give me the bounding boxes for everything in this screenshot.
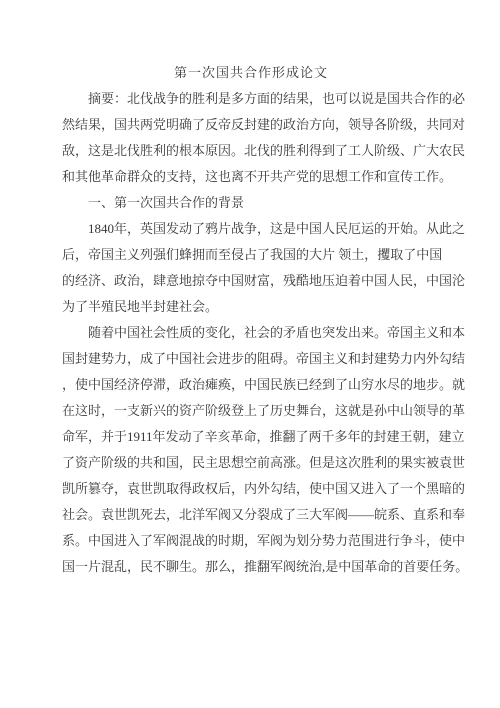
abstract-line-4: 和其他革命群众的支持，这也离不开共产党的思想工作和宣传工作。	[62, 164, 440, 190]
abstract-line-3: 敌，这是北伐胜利的根本原因。北伐的胜利得到了工人阶级、广大农民	[62, 138, 440, 164]
section-1-heading: 一、第一次国共合作的背景	[62, 190, 440, 216]
background-p2-line-10: 国一片混乱，民不聊生。那么，推翻军阀统治,是中国革命的首要任务。	[62, 554, 440, 580]
background-p1-line-2: 后，帝国主义列强们蜂拥而至侵占了我国的大片 领土，攫取了中国	[62, 242, 440, 268]
document-title: 第一次国共合作形成论文	[62, 59, 440, 86]
document-page: 第一次国共合作形成论文 摘要：北伐战争的胜利是多方面的结果，也可以说是国共合作的…	[0, 0, 500, 708]
background-p2-line-7: 凯所篡夺，袁世凯取得政权后，内外勾结，使中国又进入了一个黑暗的	[62, 476, 440, 502]
background-p2-line-8: 社会。袁世凯死去，北洋军阀又分裂成了三大军阀——皖系、直系和奉	[62, 502, 440, 528]
background-p2-line-6: 了资产阶级的共和国，民主思想空前高涨。但是这次胜利的果实被袁世	[62, 450, 440, 476]
background-p1-line-3: 的经济、政治，肆意地掠夺中国财富，残酷地压迫着中国人民，中国沦	[62, 268, 440, 294]
background-p1-line-1: 1840年，英国发动了鸦片战争，这是中国人民厄运的开始。从此之	[62, 216, 440, 242]
background-p2-line-3: ，使中国经济停滞，政治瘫痪，中国民族已经到了山穷水尽的地步。就	[62, 372, 440, 398]
background-p2-line-5: 命军，并于1911年发动了辛亥革命，推翻了两千多年的封建王朝，建立	[62, 424, 440, 450]
abstract-line-2: 然结果，国共两党明确了反帝反封建的政治方向，领导各阶级，共同对	[62, 112, 440, 138]
background-p1-line-4: 为了半殖民地半封建社会。	[62, 294, 440, 320]
background-p2-line-2: 国封建势力，成了中国社会进步的阻碍。帝国主义和封建势力内外勾结	[62, 346, 440, 372]
document-content: 第一次国共合作形成论文 摘要：北伐战争的胜利是多方面的结果，也可以说是国共合作的…	[62, 59, 440, 580]
abstract-line-1: 摘要：北伐战争的胜利是多方面的结果，也可以说是国共合作的必	[62, 86, 440, 112]
background-p2-line-4: 在这时，一支新兴的资产阶级登上了历史舞台，这就是孙中山领导的革	[62, 398, 440, 424]
background-p2-line-1: 随着中国社会性质的变化，社会的矛盾也突发出来。帝国主义和本	[62, 320, 440, 346]
background-p2-line-9: 系。中国进入了军阀混战的时期，军阀为划分势力范围进行争斗，使中	[62, 528, 440, 554]
